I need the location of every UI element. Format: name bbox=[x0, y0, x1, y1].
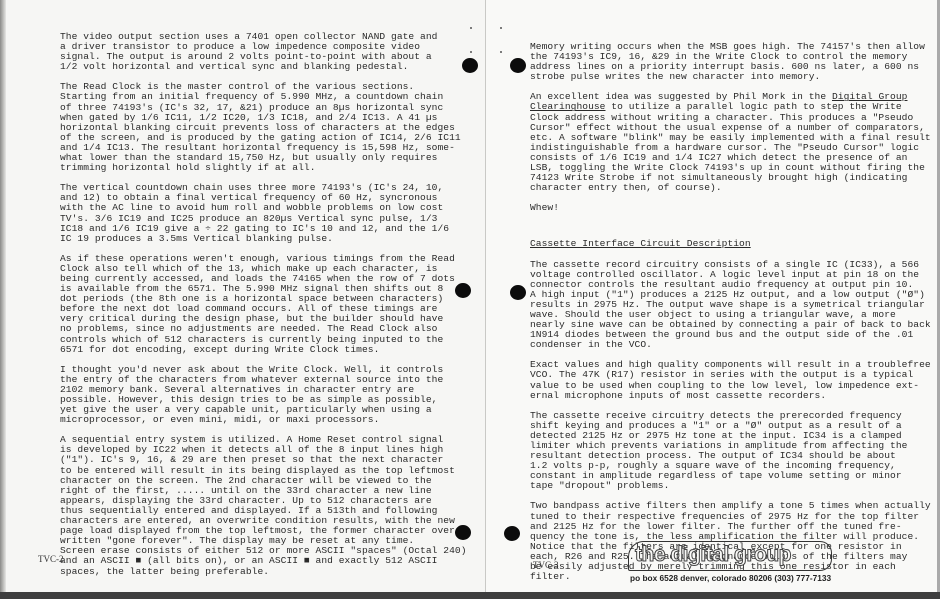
scanned-document-spread: The video output section uses a 7401 ope… bbox=[0, 0, 940, 592]
page-number-left: TVC-2 bbox=[38, 554, 64, 564]
paragraph-sequential-entry: A sequential entry system is utilized. A… bbox=[60, 435, 480, 576]
paragraph-memory-writing: Memory writing occurs when the MSB goes … bbox=[530, 42, 934, 82]
page-number-right: TVC-3 bbox=[533, 560, 559, 570]
right-text-column: Memory writing occurs when the MSB goes … bbox=[530, 42, 934, 592]
paragraph-vertical-countdown: The vertical countdown chain uses three … bbox=[60, 183, 480, 244]
punch-hole-middle bbox=[455, 283, 471, 298]
punch-hole-bottom bbox=[504, 526, 520, 541]
speck bbox=[470, 51, 472, 53]
speck bbox=[470, 27, 472, 29]
paragraph-cassette-record: The cassette record circuitry consists o… bbox=[530, 260, 934, 351]
paragraph-write-clock: I thought you'd never ask about the Writ… bbox=[60, 365, 480, 426]
paragraph-read-clock: The Read Clock is the master control of … bbox=[60, 82, 480, 173]
paragraph-video-output: The video output section uses a 7401 ope… bbox=[60, 32, 480, 72]
punch-hole-top bbox=[510, 58, 526, 73]
paragraph-cassette-receive: The cassette receive circuitry detects t… bbox=[530, 411, 934, 492]
section-heading-cassette: Cassette Interface Circuit Description bbox=[530, 239, 934, 249]
punch-hole-top bbox=[462, 58, 478, 73]
punch-hole-bottom bbox=[455, 525, 471, 540]
speck bbox=[500, 27, 502, 29]
paragraph-vco-values: Exact values and high quality components… bbox=[530, 360, 934, 400]
paragraph-pseudo-cursor-body: to utilize a parallel logic path to step… bbox=[530, 101, 931, 193]
paragraph-pseudo-cursor: An excellent idea was suggested by Phil … bbox=[530, 92, 934, 193]
page-edge-shadow bbox=[0, 0, 6, 592]
company-address: po box 6528 denver, colorado 80206 (303)… bbox=[630, 573, 831, 583]
page-tvc-3: Memory writing occurs when the MSB goes … bbox=[486, 0, 940, 592]
page-tvc-2: The video output section uses a 7401 ope… bbox=[0, 0, 486, 592]
scan-bottom-edge bbox=[0, 592, 940, 599]
paragraph-timings: As if these operations weren't enough, v… bbox=[60, 254, 480, 355]
speck bbox=[500, 51, 502, 53]
punch-hole-middle bbox=[510, 285, 526, 300]
exclamation-whew: Whew! bbox=[530, 203, 934, 213]
left-text-column: The video output section uses a 7401 ope… bbox=[60, 32, 480, 587]
digital-group-logo: the digital group bbox=[628, 541, 832, 571]
logo-wordmark: the digital group bbox=[635, 543, 791, 567]
